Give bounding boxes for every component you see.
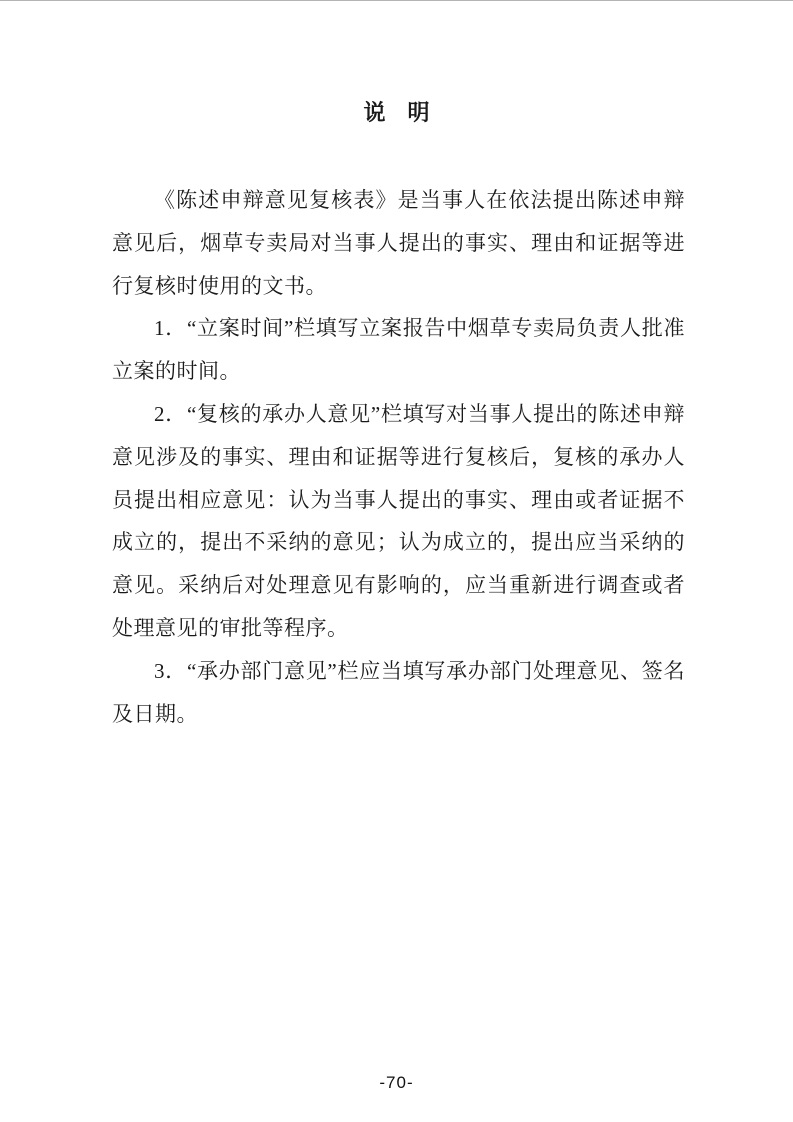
paragraph-intro: 《陈述申辩意见复核表》是当事人在依法提出陈述申辩意见后，烟草专卖局对当事人提出的… <box>112 179 685 307</box>
document-page: 说 明 《陈述申辩意见复核表》是当事人在依法提出陈述申辩意见后，烟草专卖局对当事… <box>0 0 793 1122</box>
document-title: 说 明 <box>0 98 793 128</box>
page-number: -70- <box>0 1073 793 1093</box>
document-body: 《陈述申辩意见复核表》是当事人在依法提出陈述申辩意见后，烟草专卖局对当事人提出的… <box>112 179 685 735</box>
paragraph-item-2: 2．“复核的承办人意见”栏填写对当事人提出的陈述申辩意见涉及的事实、理由和证据等… <box>112 393 685 650</box>
page-top-edge <box>0 0 793 1</box>
paragraph-item-1: 1．“立案时间”栏填写立案报告中烟草专卖局负责人批准立案的时间。 <box>112 307 685 393</box>
paragraph-item-3: 3．“承办部门意见”栏应当填写承办部门处理意见、签名及日期。 <box>112 650 685 736</box>
